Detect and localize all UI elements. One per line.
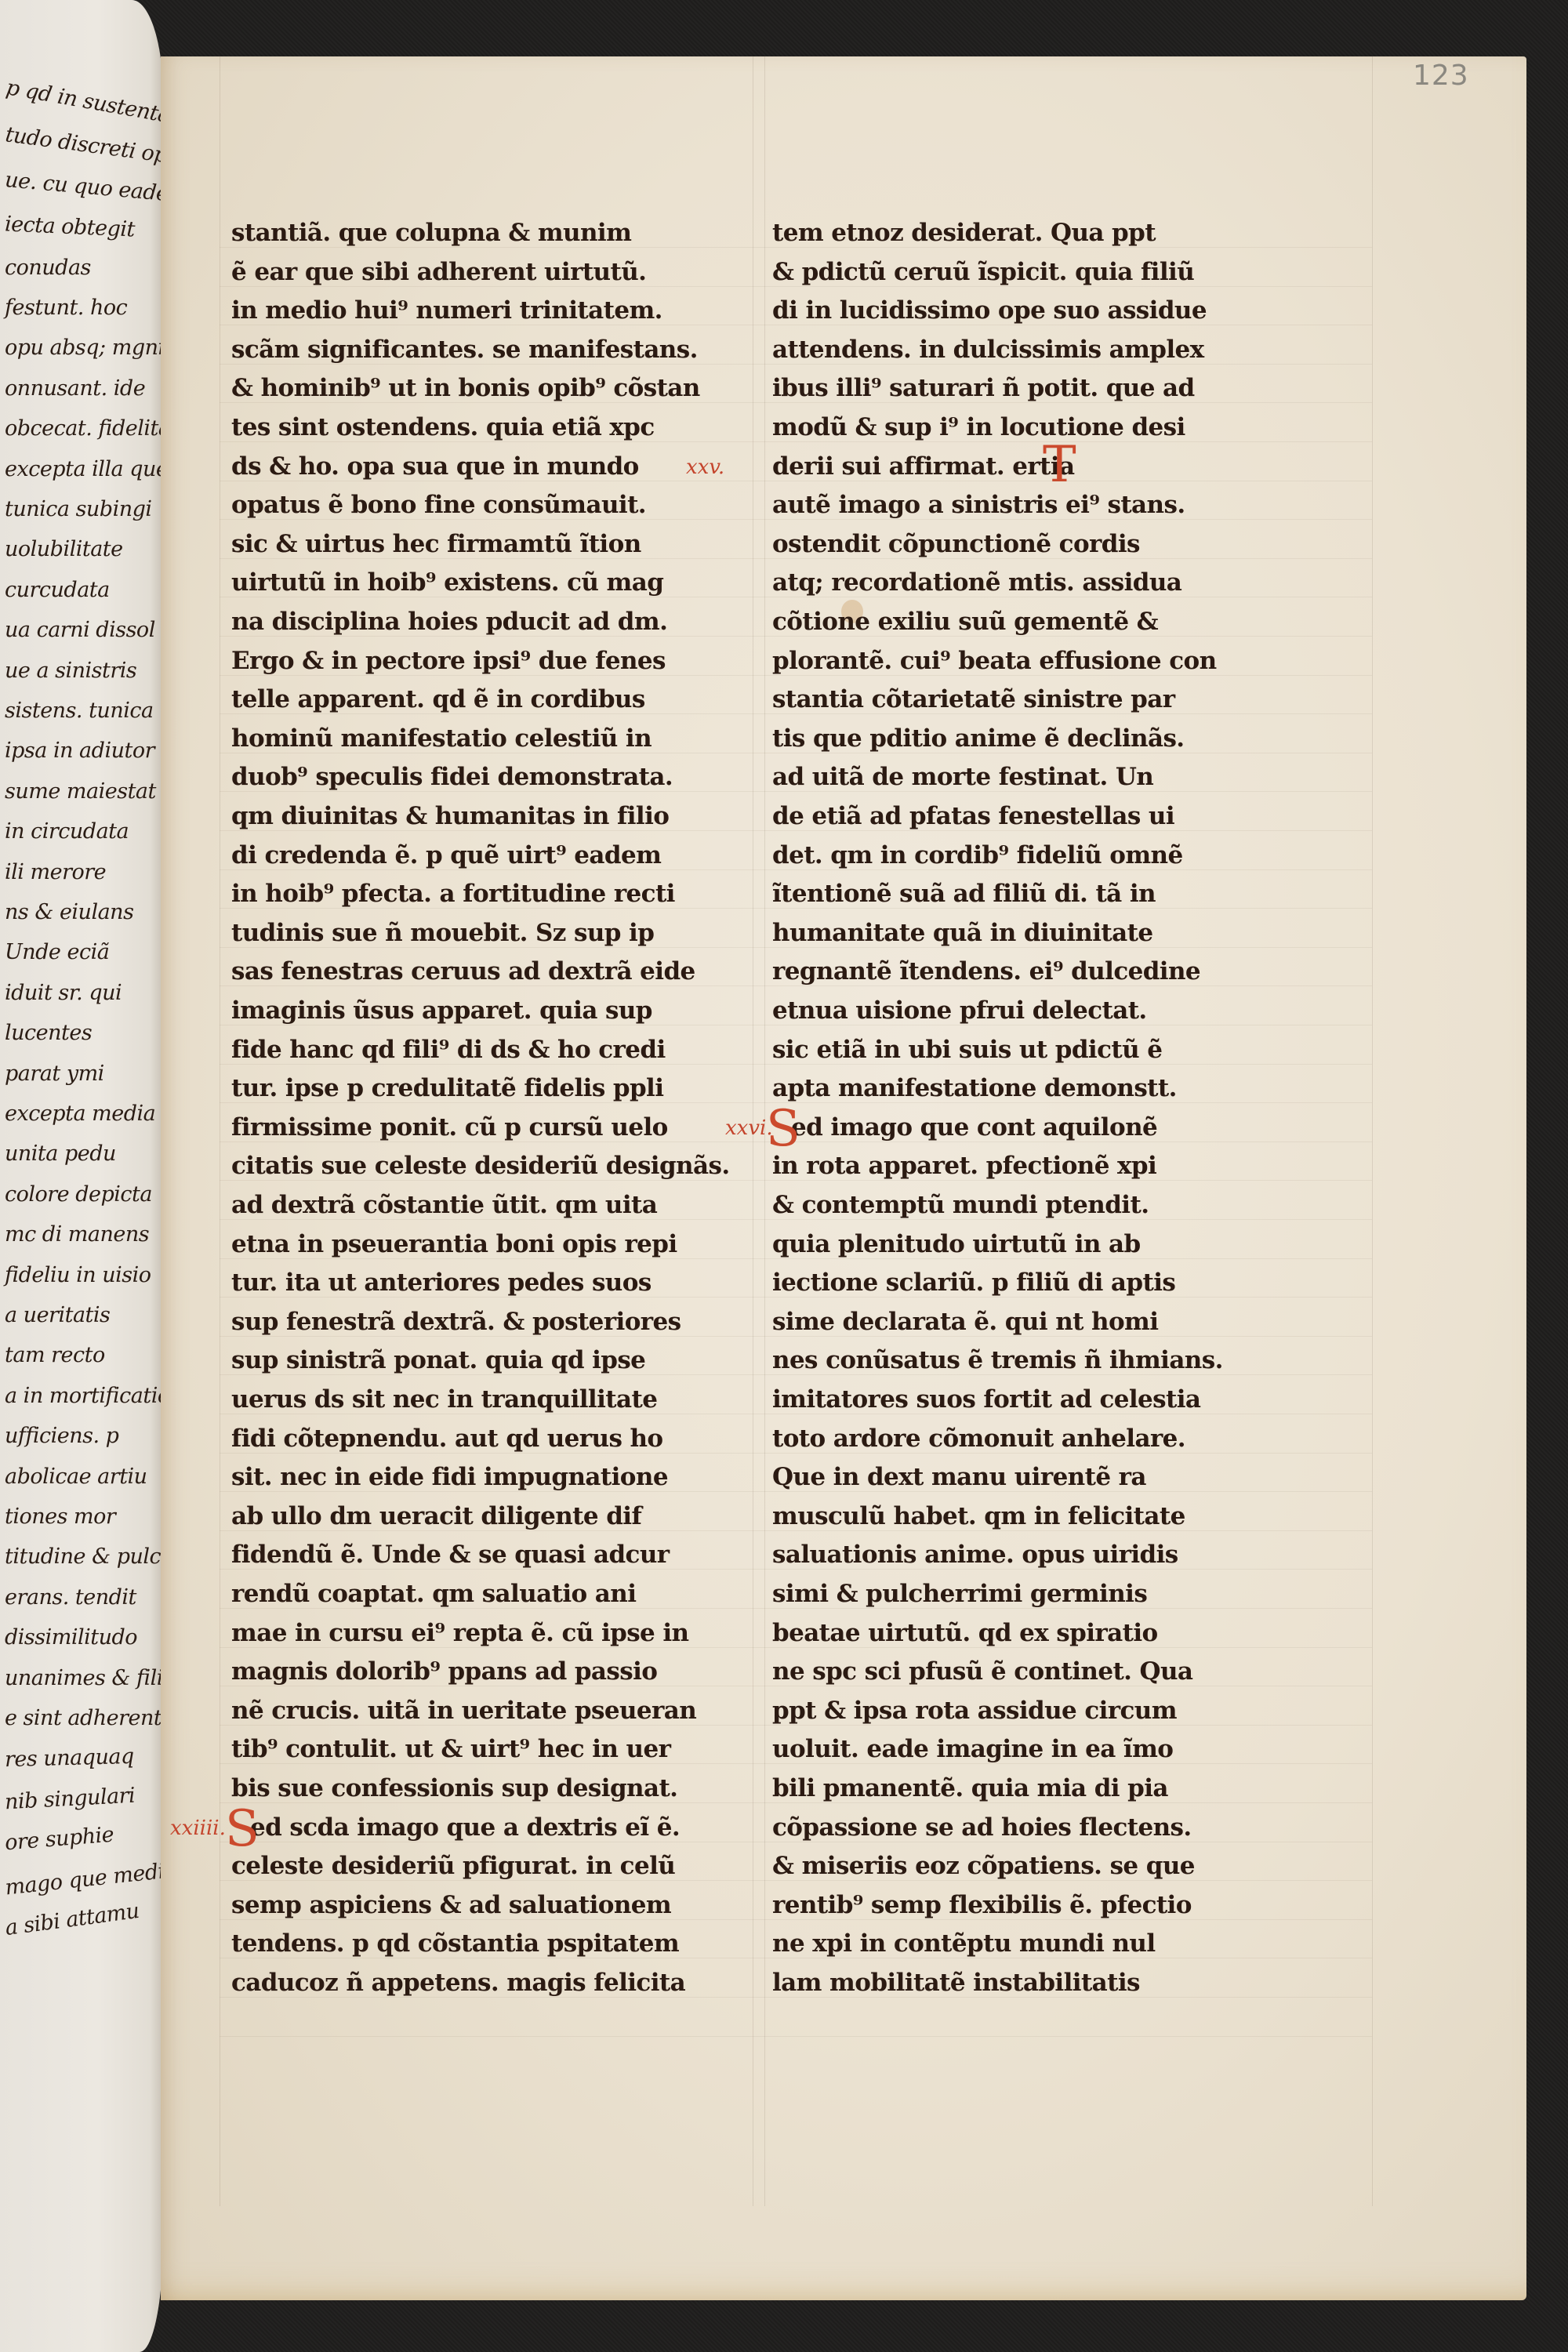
right-column-line: plorantẽ. cui⁹ beata effusione con xyxy=(772,645,1217,677)
ruling-line xyxy=(220,1064,1372,1065)
previous-page-line: tunica subingi xyxy=(5,497,152,521)
left-column-line: imaginis ũsus apparet. quia sup xyxy=(231,995,652,1026)
left-column-line: in medio hui⁹ numeri trinitatem. xyxy=(231,295,662,326)
ruling-line xyxy=(220,481,1372,481)
right-column-line: & miseriis eoz cõpatiens. se que xyxy=(772,1850,1195,1882)
right-column-line: modũ & sup i⁹ in locutione desi xyxy=(772,412,1185,443)
right-column-line: cõpassione se ad hoies flectens. xyxy=(772,1812,1192,1843)
left-column-line: semp aspiciens & ad saluationem xyxy=(231,1889,671,1921)
previous-page-line: dissimilitudo xyxy=(5,1625,137,1650)
ruling-line xyxy=(220,1414,1372,1414)
right-column-line: tis que pditio anime ẽ declinãs. xyxy=(772,723,1185,754)
previous-page-line: tam recto xyxy=(5,1343,105,1367)
previous-page-line: ili merore xyxy=(5,860,106,884)
previous-page-line: nib singulari xyxy=(4,1783,136,1814)
previous-page-line: mago que medi xyxy=(4,1859,163,1900)
ruling-line xyxy=(220,869,1372,870)
right-column-line: regnantẽ ĩtendens. ei⁹ dulcedine xyxy=(772,956,1200,987)
ruling-line xyxy=(220,247,1372,248)
left-column-line: mae in cursu ei⁹ repta ẽ. cũ ipse in xyxy=(231,1617,689,1649)
left-column-line: qm diuinitas & humanitas in filio xyxy=(231,800,669,832)
left-column-line: ds & ho. opa sua que in mundo xyxy=(231,451,639,482)
left-column-line: tes sint ostendens. quia etiã xpc xyxy=(231,412,655,443)
right-column-line: ne xpi in contẽptu mundi nul xyxy=(772,1928,1156,1959)
folio-number: 123 xyxy=(1413,60,1469,92)
previous-page-line: a sibi attamu xyxy=(4,1899,141,1940)
left-column-line: di credenda ẽ. p quẽ uirt⁹ eadem xyxy=(231,840,661,871)
left-column-line: tendens. p qd cõstantia pspitatem xyxy=(231,1928,679,1959)
right-column-line: etnua uisione pfrui delectat. xyxy=(772,995,1147,1026)
right-column-line: de etiã ad pfatas fenestellas ui xyxy=(772,800,1174,832)
left-column-line: fide hanc qd fili⁹ di ds & ho credi xyxy=(231,1034,666,1065)
right-column-line: ostendit cõpunctionẽ cordis xyxy=(772,528,1140,560)
right-column-line: & contemptũ mundi ptendit. xyxy=(772,1189,1149,1221)
previous-page-line: in circudata xyxy=(5,819,129,844)
previous-page-line: ue a sinistris xyxy=(5,659,136,683)
left-column-line: & hominib⁹ ut in bonis opib⁹ cõstan xyxy=(231,372,700,404)
right-column-line: musculũ habet. qm in felicitate xyxy=(772,1501,1185,1532)
left-column-line: uirtutũ in hoib⁹ existens. cũ mag xyxy=(231,567,663,598)
left-column-line: sup sinistrã ponat. quia qd ipse xyxy=(231,1345,645,1376)
right-column-line: apta manifestatione demonstt. xyxy=(772,1073,1177,1104)
right-column-line: autẽ imago a sinistris ei⁹ stans. xyxy=(772,489,1185,521)
right-column-line: humanitate quã in diuinitate xyxy=(772,917,1152,949)
left-column-line: ẽ ear que sibi adherent uirtutũ. xyxy=(231,256,646,288)
ruling-line xyxy=(220,985,1372,986)
right-column-line: saluationis anime. opus uiridis xyxy=(772,1539,1178,1570)
previous-page-line: iduit sr. qui xyxy=(5,981,122,1005)
ruling-line xyxy=(220,1880,1372,1881)
manuscript-page: 123 stantiã. que colupna & munimẽ ear qu… xyxy=(161,56,1526,2300)
ruling-line xyxy=(220,1258,1372,1259)
rubricated-initial: S xyxy=(225,1804,260,1854)
right-column-line: uoluit. eade imagine in ea ĩmo xyxy=(772,1733,1173,1765)
right-column-line: ppt & ipsa rota assidue circum xyxy=(772,1695,1177,1726)
left-column-line: stantiã. que colupna & munim xyxy=(231,217,631,249)
ruling-line xyxy=(220,1958,1372,1958)
right-column-line: & pdictũ ceruũ ĩspicit. quia filiũ xyxy=(772,256,1194,288)
left-column-line: celeste desideriũ pfigurat. in celũ xyxy=(231,1850,675,1882)
left-column-line: opatus ẽ bono fine consũmauit. xyxy=(231,489,646,521)
left-column-line: tur. ita ut anteriores pedes suos xyxy=(231,1267,652,1298)
previous-page-line: erans. tendit xyxy=(5,1585,136,1610)
right-column-line: stantia cõtarietatẽ sinistre par xyxy=(772,684,1174,715)
ruling-line xyxy=(220,1569,1372,1570)
previous-page-line: tudo discreti opis xyxy=(4,123,163,171)
ruling-line xyxy=(1372,56,1373,2206)
left-column-line: sic & uirtus hec firmamtũ ĩtion xyxy=(231,528,641,560)
left-column-line: hominũ manifestatio celestiũ in xyxy=(231,723,652,754)
left-column-line: etna in pseuerantia boni opis repi xyxy=(231,1229,677,1260)
ruling-line xyxy=(753,56,753,2206)
left-column-line: bis sue confessionis sup designat. xyxy=(231,1773,677,1804)
ruling-line xyxy=(220,1297,1372,1298)
left-column-line: sas fenestras ceruus ad dextrã eide xyxy=(231,956,695,987)
chapter-number-rubric: xxiiii. xyxy=(170,1817,226,1840)
ruling-line xyxy=(220,597,1372,597)
previous-page-line: ufficiens. p xyxy=(5,1424,118,1448)
previous-page-line: unanimes & fili xyxy=(5,1666,163,1690)
ruling-line xyxy=(220,791,1372,792)
ruling-line xyxy=(220,1530,1372,1531)
ruling-line xyxy=(220,1180,1372,1181)
ruling-line xyxy=(220,1025,1372,1025)
right-column-line: toto ardore cõmonuit anhelare. xyxy=(772,1423,1185,1454)
ruling-line xyxy=(220,519,1372,520)
ruling-line xyxy=(220,1491,1372,1492)
previous-page-line: excepta media xyxy=(5,1102,155,1126)
left-column-line: tur. ipse p credulitatẽ fidelis ppli xyxy=(231,1073,663,1104)
right-column-line: bili pmanentẽ. quia mia di pia xyxy=(772,1773,1168,1804)
left-column-line: firmissime ponit. cũ p cursũ uelo xyxy=(231,1112,668,1143)
previous-page-line: sistens. tunica xyxy=(5,699,154,723)
ruling-line xyxy=(220,402,1372,403)
left-column-line: ed scda imago que a dextris eĩ ẽ. xyxy=(250,1812,680,1843)
right-column-line: in rota apparet. pfectionẽ xpi xyxy=(772,1150,1156,1181)
right-column-line: attendens. in dulcissimis amplex xyxy=(772,334,1204,365)
previous-page-line: onnusant. ide xyxy=(5,376,145,401)
previous-page-line: a in mortificatio xyxy=(5,1384,163,1408)
rubricated-initial: T xyxy=(1043,440,1076,490)
right-column-line: derii sui affirmat. ertia xyxy=(772,451,1075,482)
ruling-line xyxy=(220,830,1372,831)
previous-page-line: ns & eiulans xyxy=(5,900,133,924)
ruling-line xyxy=(220,1219,1372,1220)
previous-page-line: abolicae artiu xyxy=(5,1465,147,1489)
right-column-line: ad uitã de morte festinat. Un xyxy=(772,761,1153,793)
previous-page-line: festunt. hoc xyxy=(5,296,127,320)
left-column-line: duob⁹ speculis fidei demonstrata. xyxy=(231,761,673,793)
left-column-line: uerus ds sit nec in tranquillitate xyxy=(231,1384,657,1415)
right-column-line: atq; recordationẽ mtis. assidua xyxy=(772,567,1181,598)
ruling-line xyxy=(220,1997,1372,1998)
ruling-line xyxy=(220,1336,1372,1337)
previous-page-line: tiones mor xyxy=(5,1504,115,1529)
previous-page-line: ua carni dissol xyxy=(5,618,155,642)
right-column-line: lam mobilitatẽ instabilitatis xyxy=(772,1967,1140,1998)
left-column-line: magnis dolorib⁹ ppans ad passio xyxy=(231,1656,657,1687)
left-column-line: sit. nec in eide fidi impugnatione xyxy=(231,1461,668,1493)
ruling-line xyxy=(220,1842,1372,1842)
left-column-line: caducoz ñ appetens. magis felicita xyxy=(231,1967,685,1998)
left-column-line: nẽ crucis. uitã in ueritate pseueran xyxy=(231,1695,696,1726)
left-column-line: rendũ coaptat. qm saluatio ani xyxy=(231,1578,636,1610)
ruling-line xyxy=(220,1919,1372,1920)
previous-page-line: parat ymi xyxy=(5,1062,104,1086)
ruling-line xyxy=(220,1647,1372,1648)
previous-page-line: obcecat. fidelitate xyxy=(5,416,163,441)
right-column-line: simi & pulcherrimi germinis xyxy=(772,1578,1147,1610)
left-column-line: na disciplina hoies pducit ad dm. xyxy=(231,606,667,637)
chapter-number-rubric: xxv. xyxy=(686,456,724,479)
previous-page-line: a ueritatis xyxy=(5,1303,110,1327)
right-column-line: nes conũsatus ẽ tremis ñ ihmians. xyxy=(772,1345,1223,1376)
right-column-line: ne spc sci pfusũ ẽ continet. Qua xyxy=(772,1656,1192,1687)
ruling-line xyxy=(220,675,1372,676)
ruling-line xyxy=(220,1374,1372,1375)
ruling-line xyxy=(220,1608,1372,1609)
left-column-line: ad dextrã cõstantie ũtit. qm uita xyxy=(231,1189,657,1221)
left-column-line: Ergo & in pectore ipsi⁹ due fenes xyxy=(231,645,666,677)
right-column-line: Que in dext manu uirentẽ ra xyxy=(772,1461,1146,1493)
previous-page-edge: p qd in sustentationetudo discreti opisu… xyxy=(0,0,163,2352)
right-column-line: sime declarata ẽ. qui nt homi xyxy=(772,1306,1158,1338)
left-column-line: fidi cõtepnendu. aut qd uerus ho xyxy=(231,1423,663,1454)
previous-page-line: ue. cu quo eade xyxy=(4,168,163,206)
ruling-line xyxy=(220,1802,1372,1803)
ruling-line xyxy=(764,56,765,2206)
ruling-line xyxy=(220,908,1372,909)
ruling-line xyxy=(220,1142,1372,1142)
previous-page-line: curcudata xyxy=(5,578,110,602)
right-column-line: sic etiã in ubi suis ut pdictũ ẽ xyxy=(772,1034,1162,1065)
right-column-line: quia plenitudo uirtutũ in ab xyxy=(772,1229,1141,1260)
previous-page-line: fideliu in uisio xyxy=(5,1263,151,1287)
previous-page-line: ore suphie xyxy=(4,1823,114,1856)
previous-page-line: lucentes xyxy=(5,1021,92,1045)
ruling-line xyxy=(220,286,1372,287)
right-column-line: di in lucidissimo ope suo assidue xyxy=(772,295,1207,326)
ruling-line xyxy=(220,441,1372,442)
right-column-line: beatae uirtutũ. qd ex spiratio xyxy=(772,1617,1158,1649)
previous-page-line: Unde eciã xyxy=(5,940,109,964)
ruling-line xyxy=(220,558,1372,559)
left-column-line: scãm significantes. se manifestans. xyxy=(231,334,698,365)
right-column-line: ĩtentionẽ suã ad filiũ di. tã in xyxy=(772,878,1156,909)
previous-page-line: unita pedu xyxy=(5,1142,116,1166)
ruling-line xyxy=(220,1453,1372,1454)
left-column-line: ab ullo dm ueracit diligente dif xyxy=(231,1501,641,1532)
previous-page-line: opu absq; mgnitu xyxy=(5,336,163,360)
ruling-line xyxy=(220,947,1372,948)
ruling-line xyxy=(220,56,220,2206)
ruling-line xyxy=(220,1686,1372,1686)
previous-page-line: titudine & pulch xyxy=(5,1544,163,1569)
previous-page-line: excepta illa que xyxy=(5,457,163,481)
left-column-line: fidendũ ẽ. Unde & se quasi adcur xyxy=(231,1539,670,1570)
right-column-line: ed imago que cont aquilonẽ xyxy=(791,1112,1157,1143)
previous-page-line: e sint adherent xyxy=(5,1706,162,1730)
left-column-line: in hoib⁹ pfecta. a fortitudine recti xyxy=(231,878,675,909)
chapter-number-rubric: xxvi. xyxy=(725,1116,773,1140)
left-column-line: tib⁹ contulit. ut & uirt⁹ hec in uer xyxy=(231,1733,670,1765)
left-column-line: citatis sue celeste desideriũ designãs. xyxy=(231,1150,730,1181)
previous-page-line: conudas xyxy=(5,256,91,280)
ruling-line xyxy=(220,1102,1372,1103)
previous-page-line: sume maiestat xyxy=(5,779,156,804)
previous-page-line: mc di manens xyxy=(5,1222,149,1247)
right-column-line: tem etnoz desiderat. Qua ppt xyxy=(772,217,1156,249)
right-column-line: imitatores suos fortit ad celestia xyxy=(772,1384,1200,1415)
right-column-line: rentib⁹ semp flexibilis ẽ. pfectio xyxy=(772,1889,1192,1921)
ruling-line xyxy=(220,713,1372,714)
previous-page-line: res unaquaq xyxy=(5,1744,135,1772)
left-column-line: sup fenestrã dextrã. & posteriores xyxy=(231,1306,681,1338)
right-column-line: det. qm in cordib⁹ fideliũ omnẽ xyxy=(772,840,1183,871)
right-column-line: iectione sclariũ. p filiũ di aptis xyxy=(772,1267,1175,1298)
left-column-line: telle apparent. qd ẽ in cordibus xyxy=(231,684,645,715)
right-column-line: ibus illi⁹ saturari ñ potit. que ad xyxy=(772,372,1195,404)
previous-page-line: iecta obtegit xyxy=(4,212,135,242)
ruling-line xyxy=(220,1763,1372,1764)
ruling-line xyxy=(220,325,1372,325)
previous-page-line: ipsa in adiutor xyxy=(5,739,154,763)
ruling-line xyxy=(220,753,1372,753)
left-column-line: tudinis sue ñ mouebit. Sz sup ip xyxy=(231,917,654,949)
ruling-line xyxy=(220,364,1372,365)
ruling-line xyxy=(220,636,1372,637)
previous-page-line: uolubilitate xyxy=(5,537,123,561)
ruling-line xyxy=(220,2036,1372,2037)
previous-page-line: colore depicta xyxy=(5,1182,152,1207)
ruling-line xyxy=(220,1725,1372,1726)
right-column-line: cõtione exiliu suũ gementẽ & xyxy=(772,606,1158,637)
